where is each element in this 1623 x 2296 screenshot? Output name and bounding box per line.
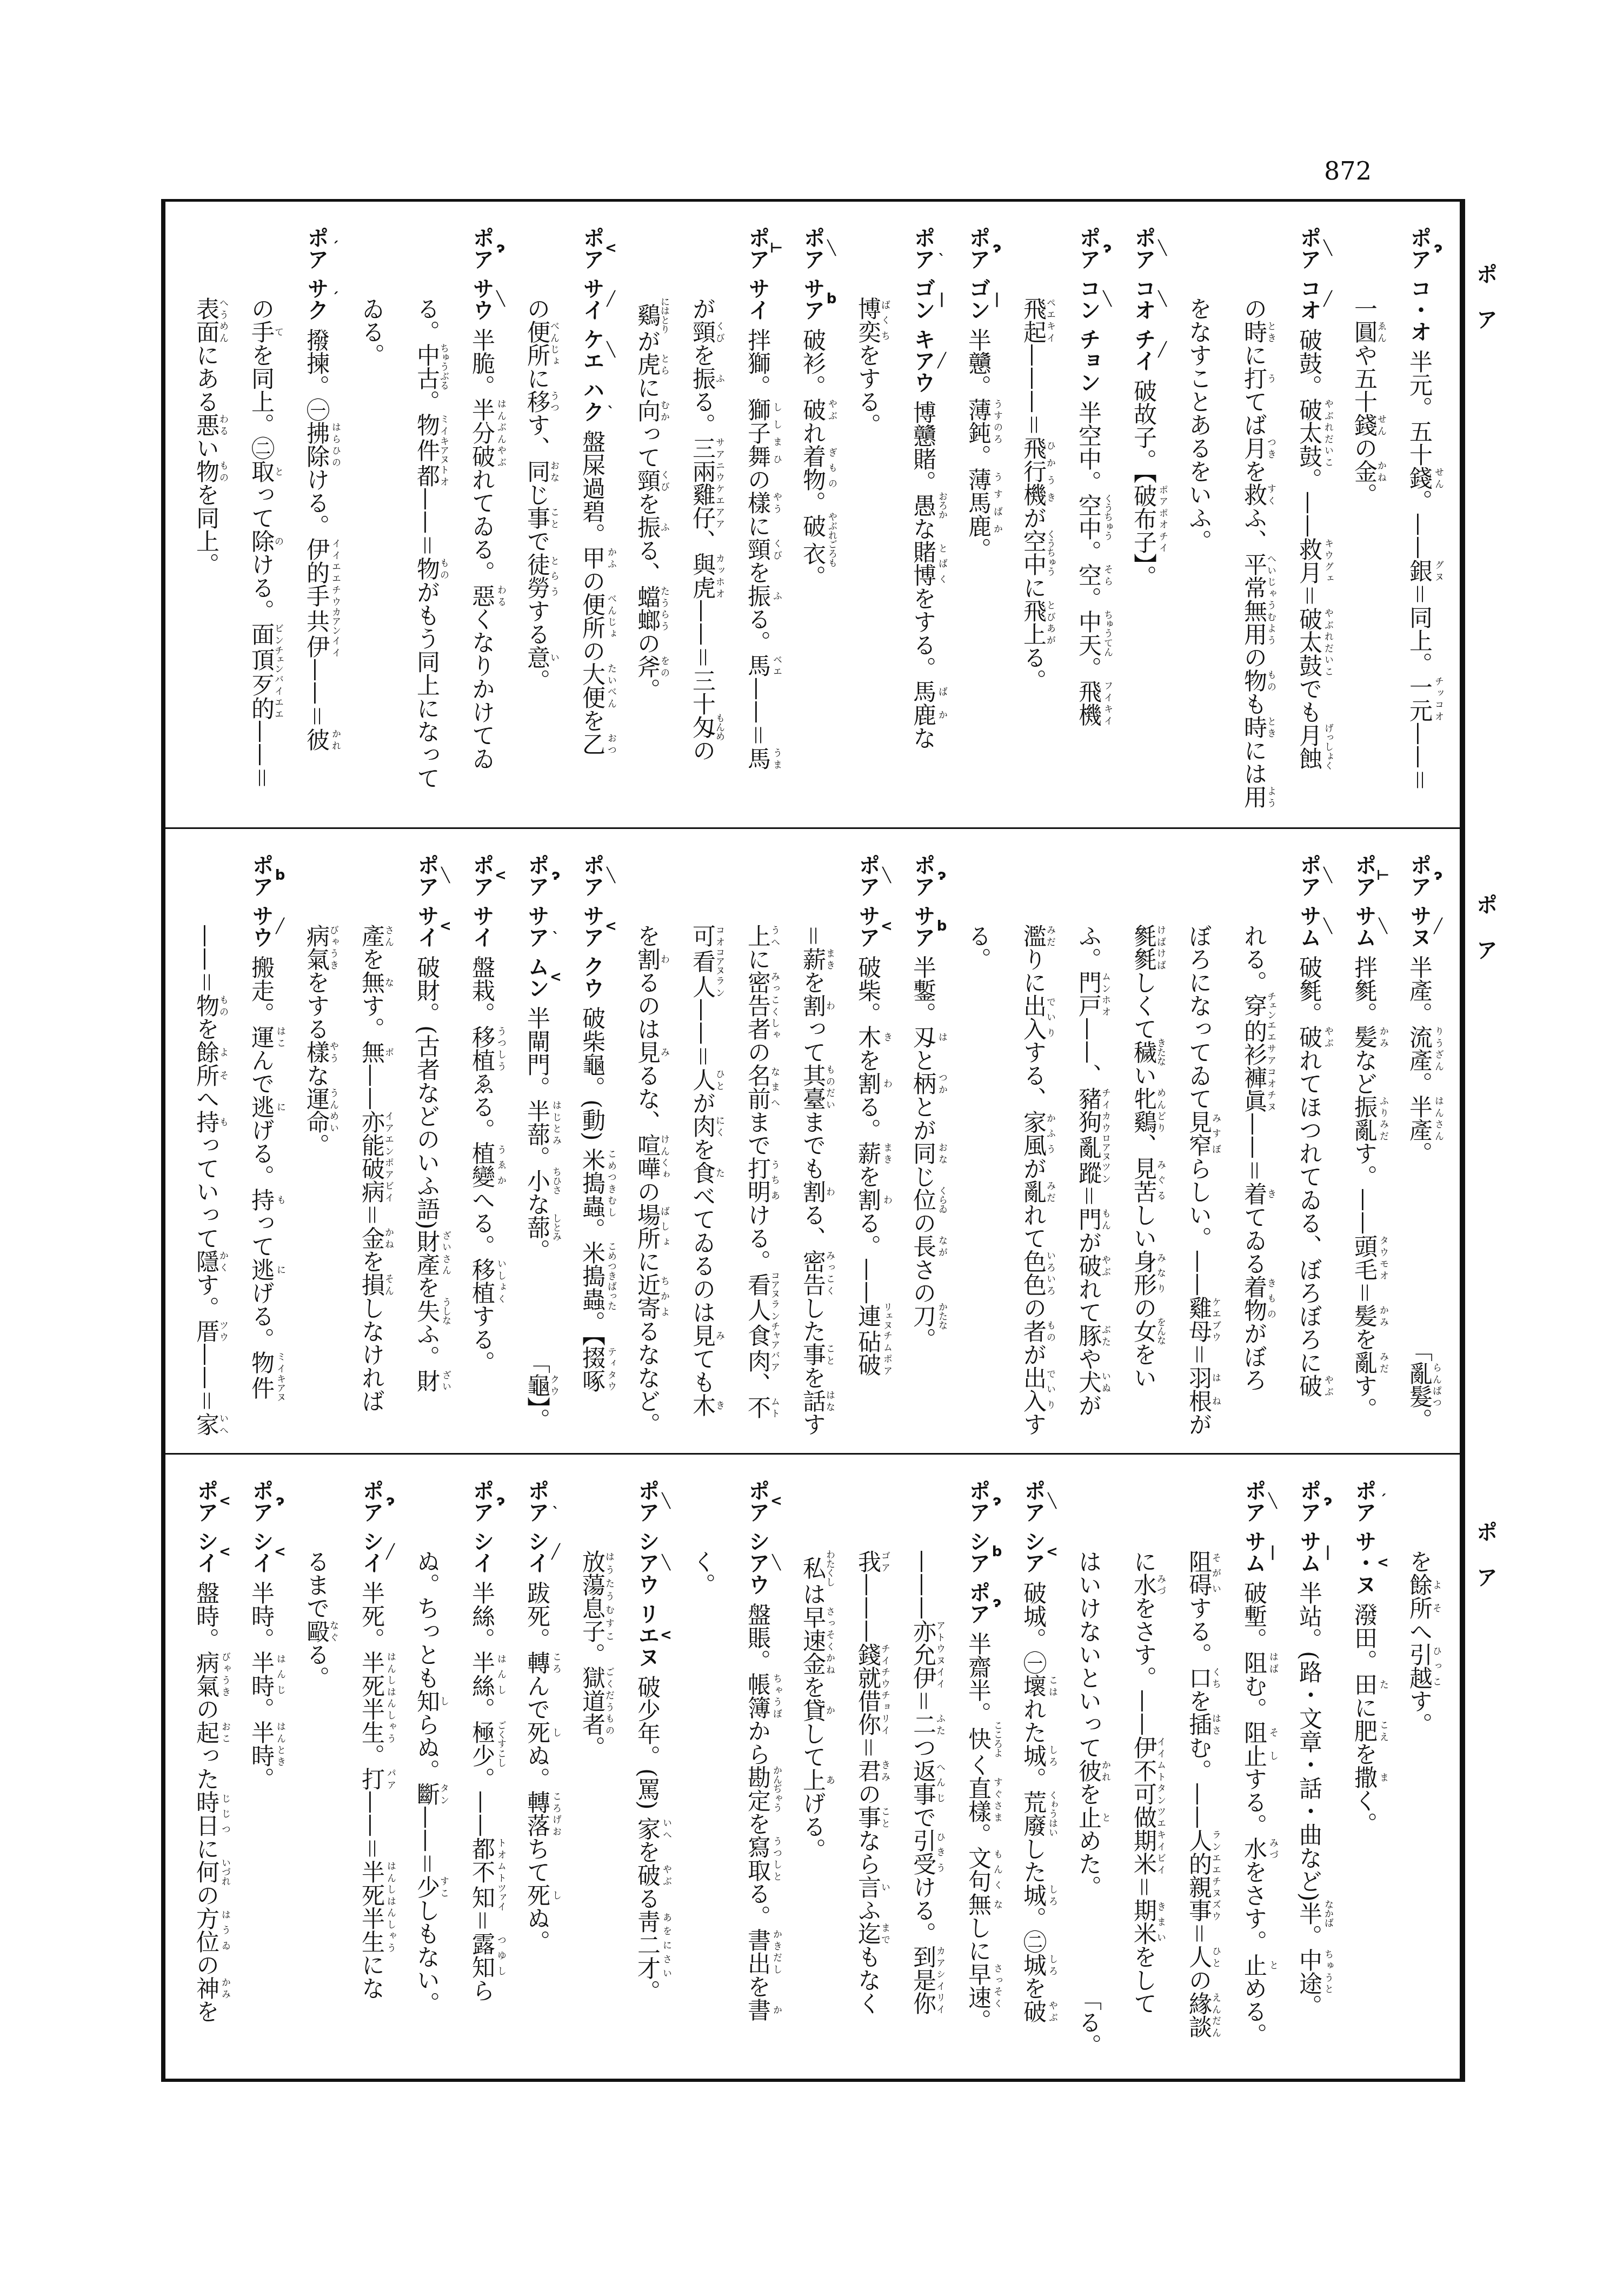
dictionary-entry-column: ポア╲サム|破塹。阻はばむ。阻止そしする。水みづをさす。止とめる。 — [1226, 1479, 1281, 2060]
tone-mark-icon: < — [768, 1479, 784, 1523]
ruby-base: 蔀 — [523, 1213, 550, 1241]
text-run: 。【 — [578, 1311, 606, 1346]
text-run: を — [634, 1840, 661, 1863]
ruby-base: 的 — [1240, 1019, 1267, 1043]
text-run: ちて — [523, 1837, 550, 1883]
continuation-column: の手てを同上。㊁取とって除のける。面ビン頂チェン歹バイ的エエ——＝ — [234, 227, 289, 807]
ruby-base: 柄 — [909, 1072, 936, 1095]
text-run: 跋死。 — [523, 1581, 550, 1651]
ruby-reading: ししまひ — [771, 398, 782, 468]
headword-kana: ポア — [249, 854, 274, 897]
headword-kana: ポア — [1407, 227, 1432, 270]
ruby-base: 極少 — [468, 1721, 495, 1767]
ruby-base: 母 — [1185, 1319, 1212, 1343]
dictionary-entry-column: ポアɂサム|半站。(路・文章・話・曲など)半なかば。中途ちゅうと。 — [1281, 1479, 1336, 2060]
ruby-base: 割 — [634, 947, 661, 971]
text-run: でも — [1295, 677, 1322, 724]
ruby-word: 破ポア — [854, 1353, 881, 1376]
text-run: 破城。㊀ — [1020, 1581, 1047, 1674]
ruby-base: 頸 — [689, 320, 716, 343]
ruby-reading: に — [275, 1258, 285, 1281]
ruby-base: 平常無用 — [1240, 553, 1267, 646]
ruby-word: 引越ひっこ — [1406, 1643, 1433, 1689]
ruby-base: 惡 — [468, 584, 495, 607]
headword-kana: ゴン — [966, 277, 990, 321]
tone-mark-icon: ╱ — [1154, 328, 1170, 371]
ruby-base: 插 — [1185, 1713, 1212, 1736]
ruby-reading: へうめん — [217, 297, 228, 343]
text-run: を — [744, 1812, 771, 1835]
text-run: ——— — [854, 1573, 881, 1643]
text-run: 。 — [965, 1823, 992, 1846]
ruby-base: 獄道者 — [578, 1666, 606, 1736]
dictionary-entry-column: ポア╲サイ<破財。(古者などのいふ語)財產ざいさんを失うしなふ。財ざい — [399, 854, 454, 1435]
ruby-base: 蹤 — [1075, 1161, 1102, 1184]
text-run: れてほつれてゐる、ぼろぼろに — [1295, 1049, 1322, 1374]
ruby-base: 虎 — [689, 576, 716, 599]
ruby-reading: よそ — [217, 1040, 228, 1087]
ruby-base: 帳簿 — [744, 1673, 771, 1719]
ruby-base: 位 — [909, 1186, 936, 1213]
text-run: を — [744, 1975, 771, 1998]
ruby-word: 馬鹿ばか — [909, 680, 936, 726]
headword-kana: サア — [910, 905, 935, 948]
ruby-reading: キイ — [1102, 703, 1113, 726]
text-run: とが — [909, 1095, 936, 1142]
ruby-reading: わ — [824, 1180, 835, 1203]
text-run: ＝ — [468, 1909, 495, 1932]
ruby-word: 帳簿ちゃうぼ — [744, 1673, 771, 1719]
ruby-word: 位くらゐ — [909, 1188, 936, 1211]
headword-kana: シイ — [469, 1530, 494, 1574]
ruby-base: 馬鹿 — [909, 680, 936, 726]
ruby-base: 失 — [413, 1297, 440, 1325]
text-run: める。 — [1240, 1976, 1267, 2046]
ruby-word: 看コアヌ — [744, 1273, 771, 1298]
ruby-reading: もの — [1265, 669, 1276, 692]
ruby-base: 破太鼓 — [1295, 607, 1322, 677]
ruby-base: 意 — [523, 646, 550, 669]
ruby-reading: はば — [1267, 1651, 1278, 1674]
ruby-reading: ひと — [714, 1068, 724, 1091]
text-run: てば — [1240, 390, 1267, 436]
headword-kana: サウ — [469, 277, 494, 321]
ruby-reading: わ — [881, 1072, 892, 1095]
ruby-base: 的 — [303, 561, 330, 584]
ruby-reading: トオ — [438, 464, 449, 487]
dictionary-entry-column: ポア╲シア<破城。㊀壞こはれた城しろ。荒廢くゎうはいした城しろ。㊁城しろを破やぶ — [1006, 1479, 1061, 2060]
ruby-base: 肉 — [689, 1114, 716, 1138]
ruby-base: 你 — [909, 1992, 936, 2015]
ruby-reading: とびあが — [1045, 599, 1055, 646]
ruby-word: 雞ケエ — [689, 483, 716, 506]
headword-kana: ポア — [1296, 227, 1321, 270]
text-run: 「 — [1406, 1338, 1433, 1362]
ruby-base: 薪 — [854, 1142, 881, 1165]
tone-mark-icon: ɂ — [1099, 227, 1115, 270]
ruby-base: 仔 — [689, 506, 716, 529]
ruby-word: 兩ニウ — [689, 460, 716, 483]
ruby-reading: かれ — [1100, 1759, 1110, 1782]
ruby-reading: イイ — [330, 635, 341, 658]
ruby-word: 手て — [248, 320, 275, 343]
ruby-word: 場所ばしょ — [634, 1203, 661, 1250]
text-run: 。 — [965, 444, 992, 468]
text-run: れ — [799, 421, 826, 444]
continuation-column: が頸くびを振ふる。三サア兩ニウ雞ケエ仔アア、與カッ虎ホオ——＝三十匁もんめの — [675, 227, 730, 807]
ruby-reading: と — [272, 460, 283, 483]
ruby-base: 砧 — [854, 1330, 881, 1353]
ruby-reading: モオ — [1378, 1258, 1388, 1281]
ruby-word: 中天ちゅうてん — [1075, 610, 1102, 656]
ruby-base: 何 — [192, 1858, 219, 1886]
ruby-base: 掇 — [578, 1346, 606, 1369]
ruby-word: 半絲はんし — [468, 1651, 495, 1697]
headword-kana: ポア — [745, 227, 770, 270]
ruby-reading: か — [824, 1698, 835, 1722]
ruby-base: 金 — [358, 1226, 385, 1250]
text-run: む。 — [1240, 1674, 1267, 1721]
headword-syllable: ポアɂ — [909, 854, 936, 897]
ruby-reading: ツァイ — [495, 1883, 506, 1911]
text-run: ＝ — [854, 1736, 881, 1759]
ruby-base: 少 — [413, 1875, 440, 1899]
ruby-word: 物もの — [413, 557, 440, 580]
ruby-word: 財ざい — [413, 1369, 440, 1392]
ruby-word: 米搗蟲こめつきばった — [578, 1241, 606, 1311]
text-run: する。 — [1240, 1767, 1267, 1837]
text-run: んで — [523, 1674, 550, 1721]
ruby-reading: リイ — [879, 1713, 890, 1736]
ruby-reading: い — [548, 646, 559, 669]
ruby-word: 事こと — [523, 506, 550, 529]
text-run: が — [1020, 506, 1047, 529]
ruby-word: 向むか — [634, 399, 661, 422]
ruby-word: 獅子舞ししまひ — [744, 398, 771, 468]
text-run: を — [578, 709, 606, 732]
text-run: 破少年。(罵) — [634, 1675, 661, 1817]
ruby-reading: みっこくしゃ — [769, 971, 780, 1040]
headword-kana: サイ — [469, 905, 494, 948]
ruby-reading: カッ — [714, 553, 724, 576]
ruby-reading: も — [275, 1188, 285, 1211]
headword-kana: シイ — [524, 1530, 549, 1574]
ruby-word: 毿毿けばけば — [1130, 924, 1157, 971]
ruby-reading: イア — [383, 1110, 394, 1133]
text-run: 「 — [523, 1350, 550, 1373]
headword-kana: シイ — [249, 1530, 274, 1574]
ruby-word: 時日じじつ — [192, 1790, 219, 1837]
ruby-word: 戸ホオ — [1075, 994, 1102, 1017]
ruby-word: 口くち — [1185, 1666, 1212, 1689]
ruby-word: 財產ざいさん — [413, 1230, 440, 1276]
text-run: が — [1020, 1157, 1047, 1180]
ruby-reading: はんし — [495, 1651, 506, 1697]
ruby-base: 人 — [1185, 1829, 1212, 1852]
text-run: 。 — [1295, 1925, 1322, 1948]
ruby-reading: いぬ — [1100, 1370, 1110, 1393]
text-run: 。 — [1020, 1767, 1047, 1790]
headword-kana: サア — [524, 905, 549, 948]
headword-syllable: ポア╲ — [1240, 1479, 1267, 1523]
ruby-word: 何いづれ — [192, 1860, 219, 1883]
ruby-word: 事こと — [854, 1806, 881, 1829]
ruby-word: 衫サア — [1240, 1043, 1267, 1066]
ruby-reading: くうちゅう — [1102, 494, 1113, 540]
headword-syllable: シイ< — [248, 1530, 275, 1574]
ruby-base: 阻碍 — [1185, 1550, 1212, 1596]
ruby-reading: きたな — [1155, 1038, 1166, 1066]
continuation-column: 放蕩息子はうたうむすこ。獄道者ごくだうもの。 — [564, 1479, 620, 2060]
ruby-base: 空中 — [1020, 529, 1047, 576]
headword-syllable: ポアˊ — [1351, 1479, 1378, 1523]
ruby-reading: な — [383, 971, 394, 994]
headword-syllable: シアb — [965, 1530, 992, 1574]
ruby-base: 物 — [192, 994, 219, 1017]
ruby-word: 物もの — [192, 994, 219, 1017]
ruby-word: 水みづ — [1240, 1837, 1267, 1860]
ruby-word: 表面へうめん — [192, 297, 219, 343]
ruby-word: 錢せん — [1406, 466, 1433, 489]
text-run: を — [799, 971, 826, 994]
ruby-reading: ものだい — [824, 1064, 835, 1110]
text-run: しくて — [1130, 971, 1157, 1040]
ruby-word: 眞チヌ — [1240, 1089, 1267, 1112]
ruby-word: 金かね — [799, 1652, 826, 1675]
ruby-word: 都トオ — [468, 1837, 495, 1860]
ruby-reading: つゆし — [495, 1932, 506, 1979]
ruby-reading: クウ — [548, 1373, 559, 1397]
ruby-word: 木き — [689, 1393, 716, 1417]
headword-kana: サム — [1241, 1530, 1266, 1574]
headword-syllable: ポアɂ — [1406, 227, 1433, 270]
headword-syllable: ゴン| — [965, 277, 992, 321]
text-run: ける。 — [248, 553, 275, 622]
ruby-reading: い — [879, 1875, 890, 1899]
ruby-reading: もの — [217, 460, 228, 483]
ruby-word: 半死半生はんしはんしゃう — [358, 1860, 385, 1953]
ruby-reading: タウ — [1378, 1235, 1388, 1258]
text-run: ＝ — [799, 924, 826, 947]
headword-kana: ポア — [635, 1479, 660, 1523]
headword-syllable: ポア< — [192, 1479, 219, 1523]
tone-mark-icon: ɂ — [1430, 854, 1446, 897]
ruby-reading: しとみ — [550, 1213, 561, 1241]
ruby-word: 薪まき — [854, 1142, 881, 1165]
ruby-word: 靑二才あをにさい — [634, 1910, 661, 1980]
ruby-word: 密告みっこく — [799, 1250, 826, 1296]
ruby-word: 女をんな — [1130, 1319, 1157, 1343]
ruby-word: 褲コオ — [1240, 1066, 1267, 1089]
ruby-reading: チウ — [330, 584, 341, 607]
ruby-word: 的エエ — [1240, 1019, 1267, 1043]
ruby-reading: ブウ — [1210, 1319, 1221, 1343]
ruby-word: 馬ベエ — [744, 654, 771, 677]
dictionary-entry-column: ポアɂサウ╲半脆。半分破はんぶんやぶれてゐる。惡わるくなりかけてゐ — [454, 227, 509, 807]
tone-mark-icon: b — [989, 1530, 1005, 1574]
text-run: を — [358, 947, 385, 971]
text-run: の — [248, 297, 275, 320]
ruby-base: 樣 — [744, 491, 771, 514]
tone-mark-icon: ╲ — [1320, 905, 1336, 948]
continuation-column: 阻碍そがいする。口くちを插はさむ。——人ラン的エエ親チヌ事ズウ＝人ひとの緣談えん… — [1171, 1479, 1226, 2060]
ruby-word: 半時はんとき — [248, 1721, 275, 1767]
ruby-reading: うしな — [440, 1297, 451, 1325]
ruby-base: 衫 — [1240, 1043, 1267, 1066]
ruby-reading: チイ — [879, 1643, 890, 1666]
tone-mark-icon: < — [548, 955, 564, 999]
tone-mark-icon: ╲ — [879, 854, 895, 897]
headword-syllable: ハクˎ — [578, 379, 606, 422]
ruby-base: 飛 — [1075, 680, 1102, 703]
ruby-reading: こころよ — [992, 1721, 1002, 1757]
text-run: の — [744, 468, 771, 491]
dictionary-entry-column: ポアɂコン╲チョン半空中。空中くうちゅう。空そら。中天ちゅうてん。飛フイ機キイ — [1061, 227, 1116, 807]
ruby-reading: やぶ — [1100, 1254, 1110, 1277]
ruby-base: 者 — [1020, 1319, 1047, 1343]
ruby-word: 取と — [248, 460, 275, 483]
tone-mark-icon: < — [272, 1530, 288, 1574]
ruby-base: 圓 — [1351, 320, 1378, 343]
ruby-reading: かく — [217, 1250, 228, 1273]
ruby-base: 城 — [1020, 1883, 1047, 1907]
ruby-base: 便所 — [578, 593, 606, 639]
tone-mark-icon: ɂ — [493, 1479, 509, 1523]
ruby-word: 半死半生はんしはんしゃう — [358, 1651, 385, 1744]
ruby-word: 書か — [744, 1998, 771, 2021]
text-run: す — [1020, 1412, 1047, 1436]
ruby-reading: は — [936, 1025, 947, 1049]
text-run: る。 — [854, 1095, 881, 1142]
ruby-reading: はんしはんしゃう — [385, 1651, 396, 1744]
headword-syllable: ポア╲ — [413, 854, 440, 897]
headword-syllable: シアウ╲ — [744, 1530, 771, 1595]
text-run: って — [634, 422, 661, 469]
ruby-base: 私 — [799, 1550, 826, 1587]
ruby-base: 書 — [744, 1998, 771, 2021]
ruby-base: 表面 — [192, 297, 219, 343]
dictionary-entry-column: ポア<サイ╱ケエ╲ハクˎ盤屎過碧。甲かふの便所べんじょの大便たいべんを乙おつ — [564, 227, 620, 807]
headword-kana: ポア — [910, 227, 935, 270]
ruby-reading: なが — [936, 1235, 947, 1258]
headword-syllable: クウ — [578, 955, 606, 999]
headword-kana: ポア — [1407, 854, 1432, 897]
ruby-base: 破 — [799, 398, 826, 421]
ruby-reading: よう — [1265, 785, 1276, 808]
ruby-reading: をの — [658, 655, 669, 678]
ruby-word: 半分破はんぶんやぶ — [468, 398, 495, 468]
ruby-reading: ごくすこし — [495, 1721, 506, 1767]
ruby-reading: さっそく — [824, 1605, 835, 1652]
ruby-word: 三サア — [689, 436, 716, 460]
tone-mark-icon: < — [217, 1479, 233, 1523]
ruby-word: 乙おつ — [578, 732, 606, 755]
text-run: ふ、 — [1240, 506, 1267, 553]
text-run: 拌獅。 — [744, 328, 771, 398]
text-run: を — [689, 1138, 716, 1161]
headword-kana: ポア — [469, 854, 494, 897]
ruby-word: 阻はば — [1240, 1651, 1267, 1674]
headword-syllable: サウ╱ — [248, 905, 275, 948]
text-run: った — [192, 1744, 219, 1790]
headword-kana: ポア — [910, 854, 935, 897]
text-run: れて — [1020, 1203, 1047, 1250]
ruby-base: 割 — [854, 1072, 881, 1095]
text-run: ——＝ — [413, 487, 440, 557]
tone-mark-icon: < — [437, 905, 454, 948]
ruby-word: 移うつ — [523, 390, 550, 413]
ruby-reading: ちひさ — [550, 1167, 561, 1195]
ruby-word: 止と — [1075, 1806, 1102, 1829]
text-run: る。 — [965, 924, 992, 971]
ruby-reading: タウ — [606, 1369, 616, 1392]
ruby-base: 破 — [854, 1353, 881, 1376]
ruby-reading: キアヌ — [438, 436, 449, 464]
text-run: ＝ — [1185, 1343, 1212, 1366]
ruby-base: 無 — [358, 971, 385, 994]
headword-syllable: ポア╲ — [1295, 854, 1322, 897]
ruby-word: 植變うゑか — [468, 1142, 495, 1188]
headword-syllable: コ・オ — [1406, 277, 1433, 342]
tone-mark-icon: < — [879, 905, 895, 948]
ruby-base: 頸 — [744, 537, 771, 561]
ruby-base: 乙 — [578, 732, 606, 755]
ruby-base: 你 — [854, 1713, 881, 1736]
ruby-base: 貸 — [799, 1698, 826, 1722]
text-run: する。 — [468, 1304, 495, 1374]
overflow-fragment: 「亂髮らんぱつ。 — [1392, 1338, 1447, 1431]
ruby-base: 金 — [799, 1652, 826, 1675]
ruby-reading: うすのろ — [992, 398, 1002, 444]
ruby-word: 破やぶ — [1020, 2000, 1047, 2023]
ruby-reading: みだ — [1378, 1351, 1388, 1374]
ruby-word: 見窄みすぼ — [1185, 1110, 1212, 1157]
ruby-reading: キイ — [1045, 320, 1055, 343]
tone-mark-icon: ˊ — [1375, 1479, 1391, 1523]
text-run: ふ — [854, 1899, 881, 1922]
ruby-word: 同おな — [523, 460, 550, 483]
ruby-word: 人ラン — [689, 975, 716, 998]
ruby-base: 穢 — [1130, 1038, 1157, 1066]
ruby-reading: こと — [548, 506, 559, 529]
text-run: る。 — [744, 1882, 771, 1928]
ruby-word: 家風かふう — [1020, 1110, 1047, 1157]
ruby-reading: つき — [1265, 436, 1276, 460]
ruby-word: 人ひと — [1185, 1945, 1212, 1968]
ruby-base: 彼 — [303, 728, 330, 751]
text-run: 半閘門。 — [523, 1006, 550, 1099]
ruby-reading: やう — [771, 491, 782, 514]
ruby-base: 飛上 — [1020, 599, 1047, 646]
ruby-base: 振 — [689, 367, 716, 390]
ruby-reading: ひきう — [934, 1829, 945, 1875]
dictionary-entry-column: ポア<シイ<盤時。病氣びゃうきの起おこった時日じじつに何いづれの方位はうゐの神か… — [178, 1479, 234, 2060]
ruby-word: 破やぶ — [1295, 1025, 1322, 1049]
ruby-base: 荒廢 — [1020, 1790, 1047, 1837]
headword-syllable: サアb — [909, 905, 936, 948]
ruby-base: 物 — [192, 460, 219, 483]
ruby-word: 破太鼓やぶれだいこ — [1295, 607, 1322, 677]
text-run: く。 — [689, 1550, 716, 1596]
ruby-reading: タン — [438, 1782, 449, 1806]
ruby-base: 與 — [689, 553, 716, 576]
dictionary-entry-column: ポア╲サアb破衫。破やぶれ着物ぎもの。破衣やぶれごろも。 — [785, 227, 840, 807]
headword-kana: ポア — [1131, 227, 1156, 270]
ruby-base: 植變 — [468, 1142, 495, 1188]
headword-kana: サア — [580, 905, 604, 948]
text-run: の — [634, 1180, 661, 1203]
text-run: 破柴。 — [854, 955, 881, 1025]
